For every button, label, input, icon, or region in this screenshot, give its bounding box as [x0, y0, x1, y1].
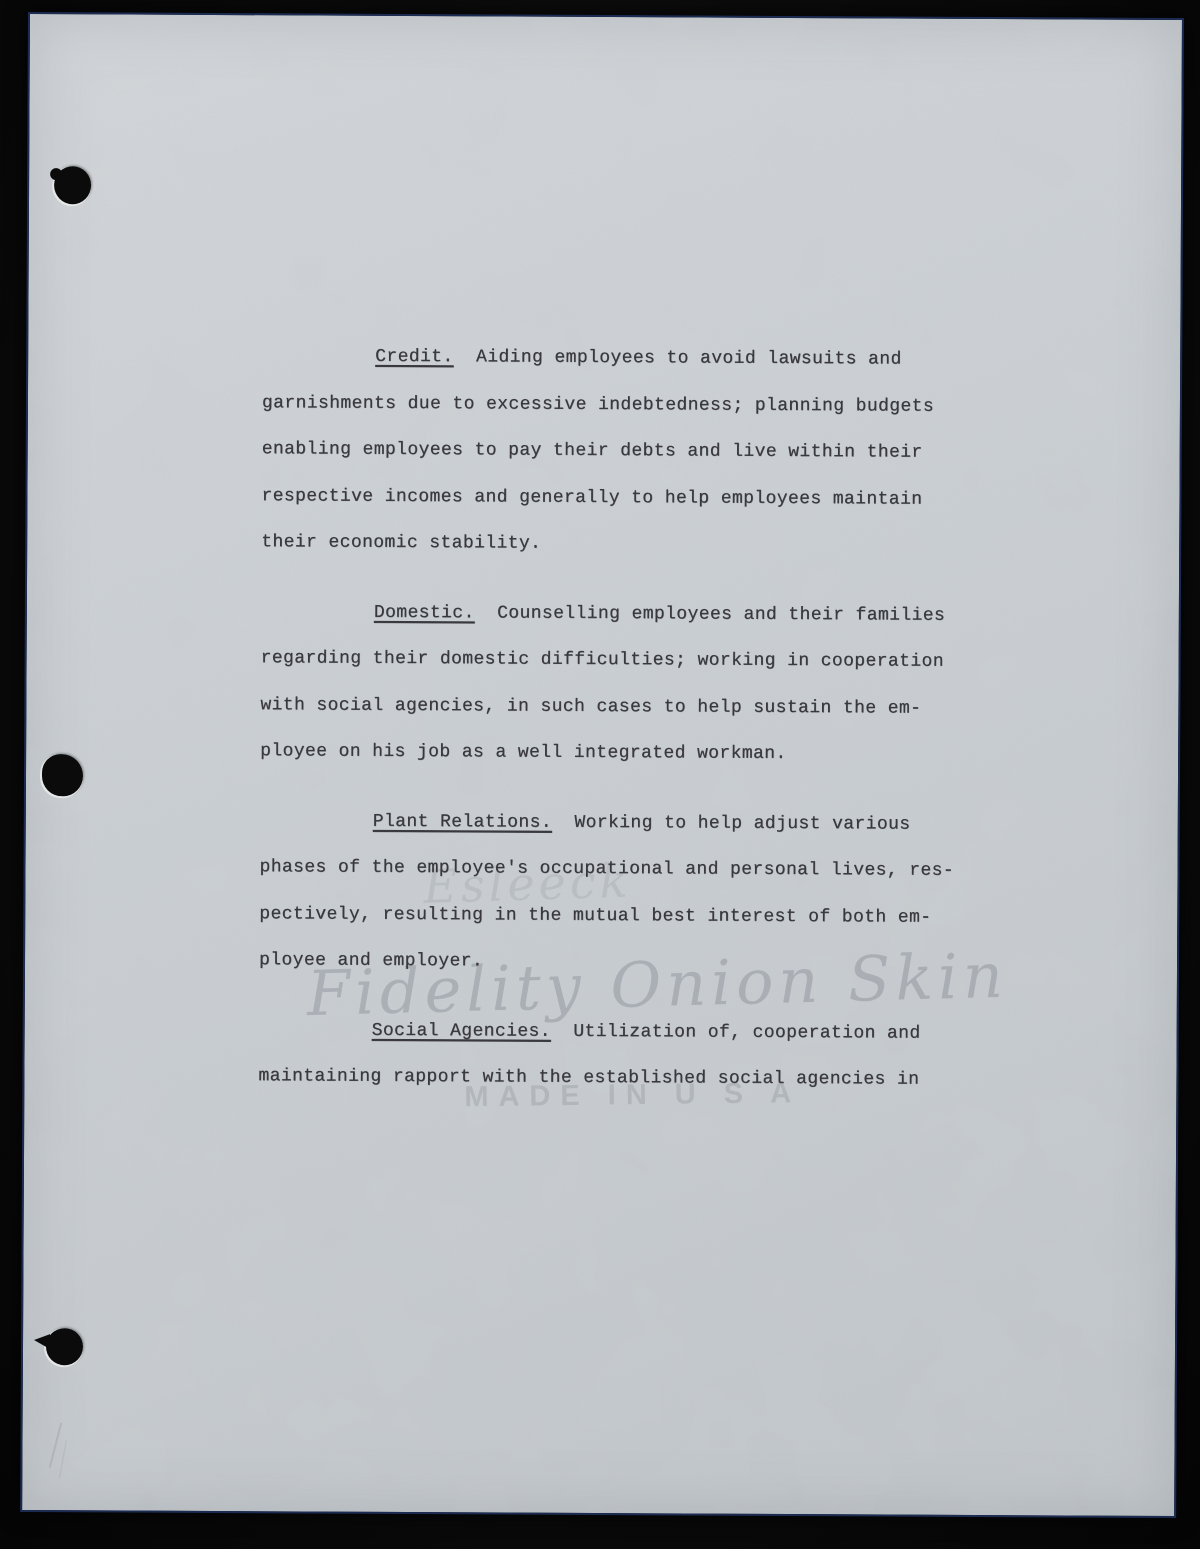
paragraph-first-line-text: Aiding employees to avoid lawsuits and [454, 347, 902, 369]
paragraph-heading: Credit. [375, 347, 454, 367]
punch-hole-bottom [46, 1328, 83, 1365]
text-block: Credit. Aiding employees to avoid lawsui… [258, 333, 982, 1126]
text-line: maintaining rapport with the established… [258, 1053, 978, 1103]
punch-hole-top [54, 166, 91, 204]
paragraph-first-line-text: Working to help adjust various [552, 812, 911, 834]
paragraph: Plant Relations. Working to help adjust … [259, 798, 980, 988]
text-line: pectively, resulting in the mutual best … [259, 891, 979, 941]
text-line: Plant Relations. Working to help adjust … [260, 798, 980, 848]
scanned-paper-page: Esleeck Fidelity Onion Skin MADE IN U S … [20, 12, 1184, 1518]
text-line: Credit. Aiding employees to avoid lawsui… [262, 333, 982, 383]
pencil-scratch [59, 1440, 67, 1478]
text-line: Domestic. Counselling employees and thei… [261, 589, 981, 639]
paragraph: Social Agencies. Utilization of, coopera… [258, 1007, 978, 1104]
text-line: respective incomes and generally to help… [261, 473, 981, 523]
pencil-scratch [49, 1423, 62, 1468]
text-line: ployee and employer. [259, 937, 979, 987]
paragraph-heading: Domestic. [374, 602, 475, 623]
paragraph-heading: Plant Relations. [373, 811, 552, 832]
paragraph-first-line-text: Counselling employees and their families [475, 603, 946, 625]
text-line: their economic stability. [261, 519, 981, 569]
text-line: enabling employees to pay their debts an… [262, 426, 982, 476]
paragraph-first-line-text: Utilization of, cooperation and [551, 1021, 921, 1043]
text-line: phases of the employee's occupational an… [259, 844, 979, 894]
text-line: ployee on his job as a well integrated w… [260, 728, 980, 778]
paragraph: Domestic. Counselling employees and thei… [260, 589, 981, 779]
text-line: with social agencies, in such cases to h… [260, 682, 980, 732]
text-line: garnishments due to excessive indebtedne… [262, 380, 982, 430]
text-line: Social Agencies. Utilization of, coopera… [259, 1007, 979, 1057]
text-line: regarding their domestic difficulties; w… [260, 635, 980, 685]
punch-hole-middle [42, 754, 83, 796]
paragraph-heading: Social Agencies. [372, 1020, 551, 1041]
paragraph: Credit. Aiding employees to avoid lawsui… [261, 333, 982, 569]
